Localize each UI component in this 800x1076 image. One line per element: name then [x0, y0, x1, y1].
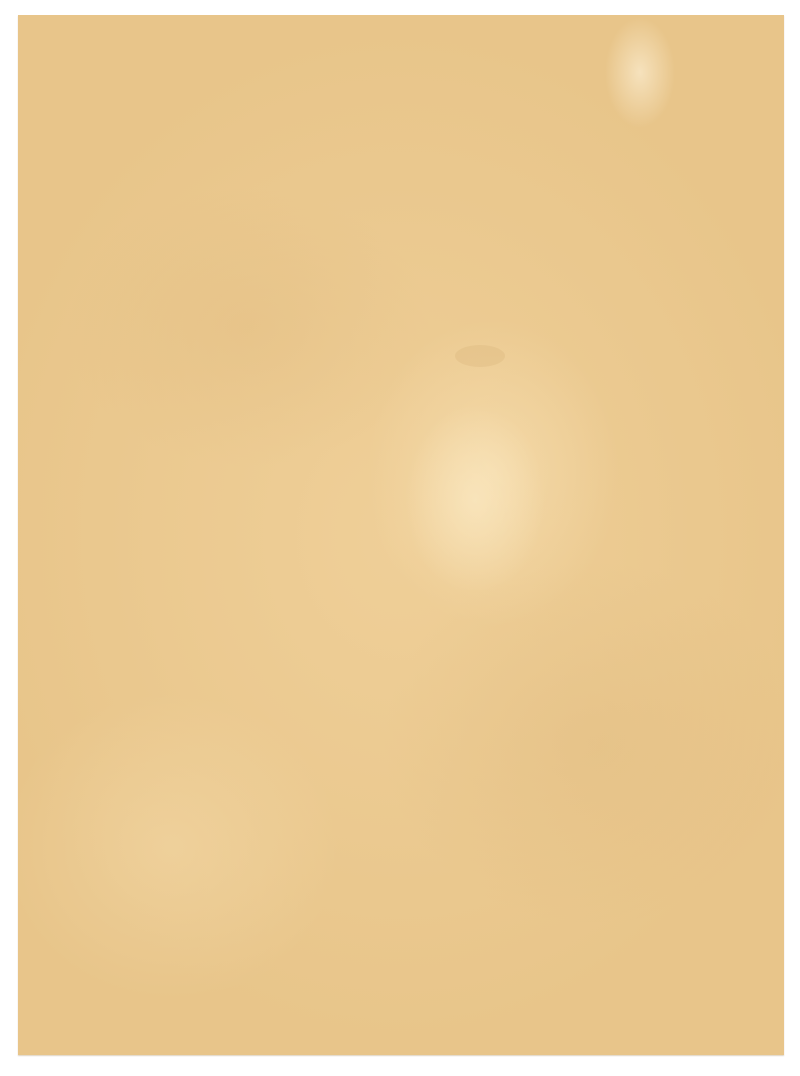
show-through-hat	[455, 345, 505, 367]
light-stain	[605, 15, 675, 130]
show-through-figure	[400, 390, 550, 590]
